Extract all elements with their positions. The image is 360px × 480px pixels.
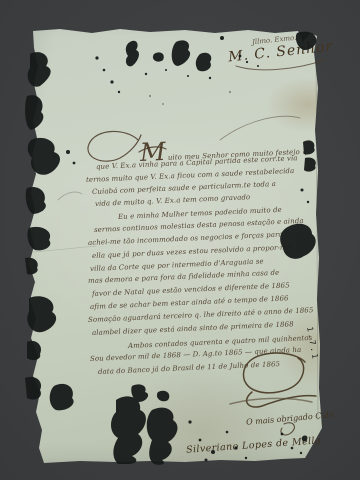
- signature: Silveriano Lopes de Mello: [186, 435, 322, 455]
- closing-line: O mais obrigado C.do: [246, 410, 334, 427]
- archive-mark: 1.7.1: [305, 326, 320, 361]
- body-line: alambel dizer que está ainda sinto de pr…: [92, 320, 294, 337]
- body-line: data do Banco já do Brasil de 11 de Julh…: [98, 360, 281, 376]
- body-line: vida de muito q. V. Ex.a tem como gravad…: [95, 193, 251, 208]
- manuscript-photo: Jllmo. Exmo. M. C. Senhor Muito meu Senh…: [0, 0, 360, 480]
- handwriting-layer: Jllmo. Exmo. M. C. Senhor Muito meu Senh…: [0, 0, 360, 480]
